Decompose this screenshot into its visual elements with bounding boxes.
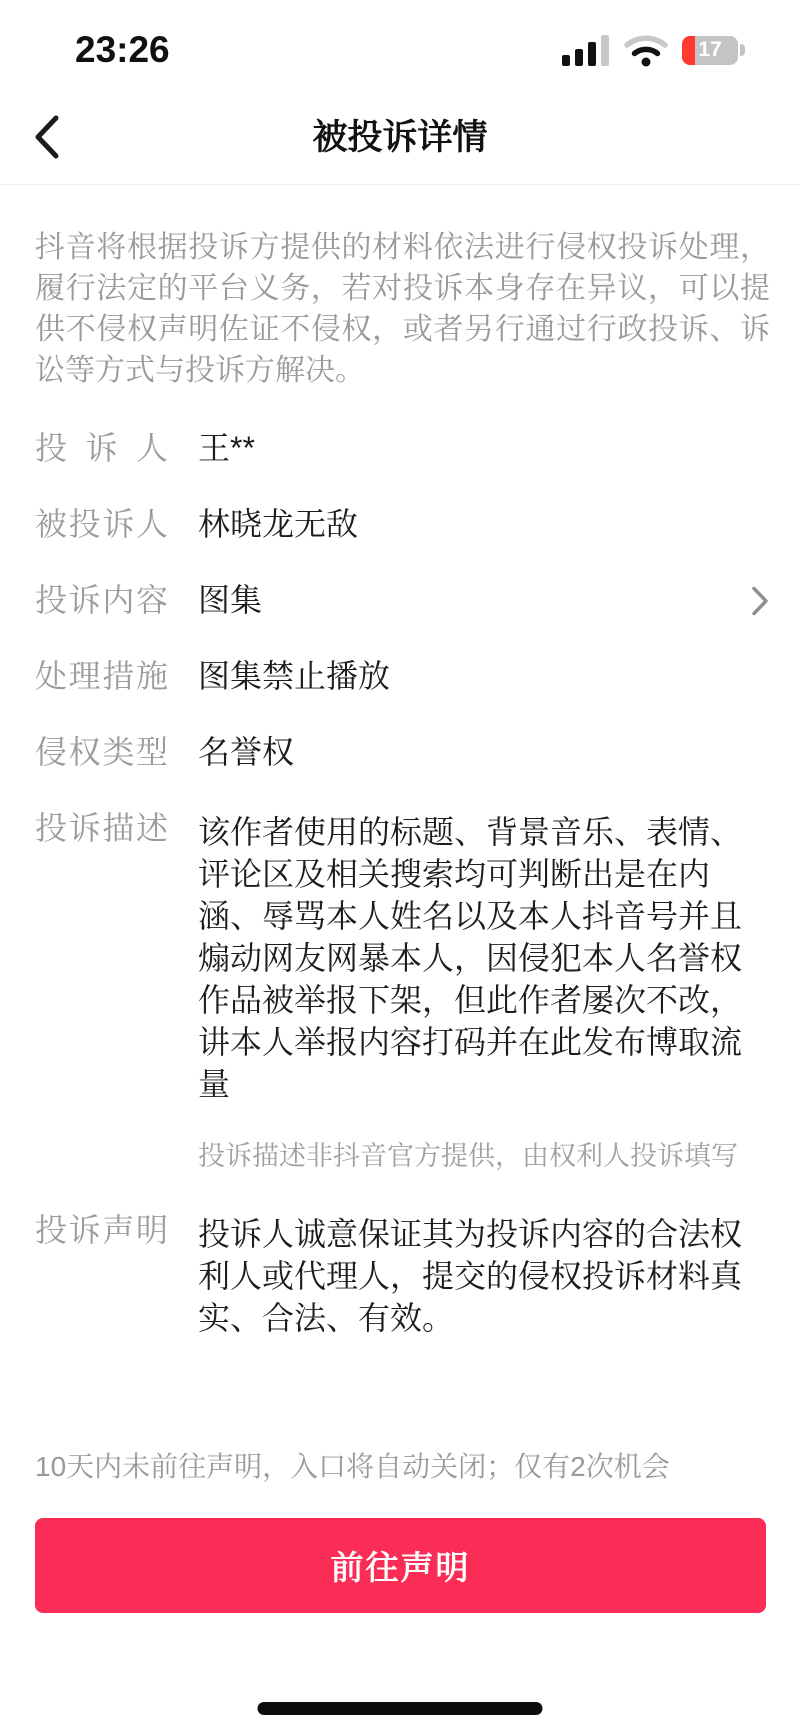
wifi-icon <box>624 34 668 67</box>
nav-bar: 被投诉详情 <box>0 90 800 185</box>
field-value: 图集 <box>198 583 262 617</box>
statement-block: 投诉人诚意保证其为投诉内容的合法权利人或代理人，提交的侵权投诉材料真实、合法、有… <box>198 1213 770 1339</box>
page-title: 被投诉详情 <box>0 90 800 185</box>
deadline-note: 10天内未前往声明，入口将自动关闭；仅有2次机会 <box>35 1449 770 1485</box>
field-row-complaint-description: 投诉描述 该作者使用的标题、背景音乐、表情、评论区及相关搜索均可判断出是在内涵、… <box>35 811 770 1171</box>
field-label: 投诉内容 <box>35 583 168 617</box>
description-block: 该作者使用的标题、背景音乐、表情、评论区及相关搜索均可判断出是在内涵、辱骂本人姓… <box>198 811 770 1171</box>
field-row-complaint-statement: 投诉声明 投诉人诚意保证其为投诉内容的合法权利人或代理人，提交的侵权投诉材料真实… <box>35 1213 770 1339</box>
battery-percent: 17 <box>682 36 738 65</box>
field-value: 王** <box>198 431 255 465</box>
field-value: 图集禁止播放 <box>198 659 390 693</box>
field-row-complainant: 投 诉 人 王** <box>35 431 770 465</box>
field-value: 名誉权 <box>198 735 294 769</box>
field-value: 该作者使用的标题、背景音乐、表情、评论区及相关搜索均可判断出是在内涵、辱骂本人姓… <box>198 811 770 1105</box>
status-icons: 17 <box>562 34 745 67</box>
chevron-right-icon[interactable] <box>750 585 770 617</box>
field-row-complaint-content[interactable]: 投诉内容 图集 <box>35 583 770 617</box>
go-to-statement-button[interactable]: 前往声明 <box>35 1518 766 1613</box>
field-row-respondent: 被投诉人 林晓龙无敌 <box>35 507 770 541</box>
content: 抖音将根据投诉方提供的材料依法进行侵权投诉处理，履行法定的平台义务，若对投诉本身… <box>0 227 800 1613</box>
field-value: 林晓龙无敌 <box>198 507 358 541</box>
status-bar: 23:26 17 <box>0 0 800 90</box>
battery-body: 17 <box>682 36 738 65</box>
field-label: 处理措施 <box>35 659 168 693</box>
field-row-handling-measure: 处理措施 图集禁止播放 <box>35 659 770 693</box>
home-indicator[interactable] <box>258 1702 543 1715</box>
field-label: 被投诉人 <box>35 507 168 541</box>
field-label: 投诉描述 <box>35 811 168 845</box>
battery-icon: 17 <box>682 36 745 65</box>
field-label: 投 诉 人 <box>35 431 168 465</box>
status-time: 23:26 <box>75 29 170 71</box>
complaint-detail-screen: 23:26 17 <box>0 0 800 1731</box>
battery-nub <box>740 44 745 56</box>
field-label: 侵权类型 <box>35 735 168 769</box>
field-label: 投诉声明 <box>35 1213 168 1247</box>
field-row-infringement-type: 侵权类型 名誉权 <box>35 735 770 769</box>
complaint-fields: 投 诉 人 王** 被投诉人 林晓龙无敌 投诉内容 图集 处理措施 图集禁止播放… <box>35 431 770 1339</box>
description-footnote: 投诉描述非抖音官方提供，由权利人投诉填写 <box>198 1141 770 1171</box>
field-value: 投诉人诚意保证其为投诉内容的合法权利人或代理人，提交的侵权投诉材料真实、合法、有… <box>198 1213 770 1339</box>
cellular-signal-icon <box>562 34 610 67</box>
intro-text: 抖音将根据投诉方提供的材料依法进行侵权投诉处理，履行法定的平台义务，若对投诉本身… <box>35 227 770 391</box>
